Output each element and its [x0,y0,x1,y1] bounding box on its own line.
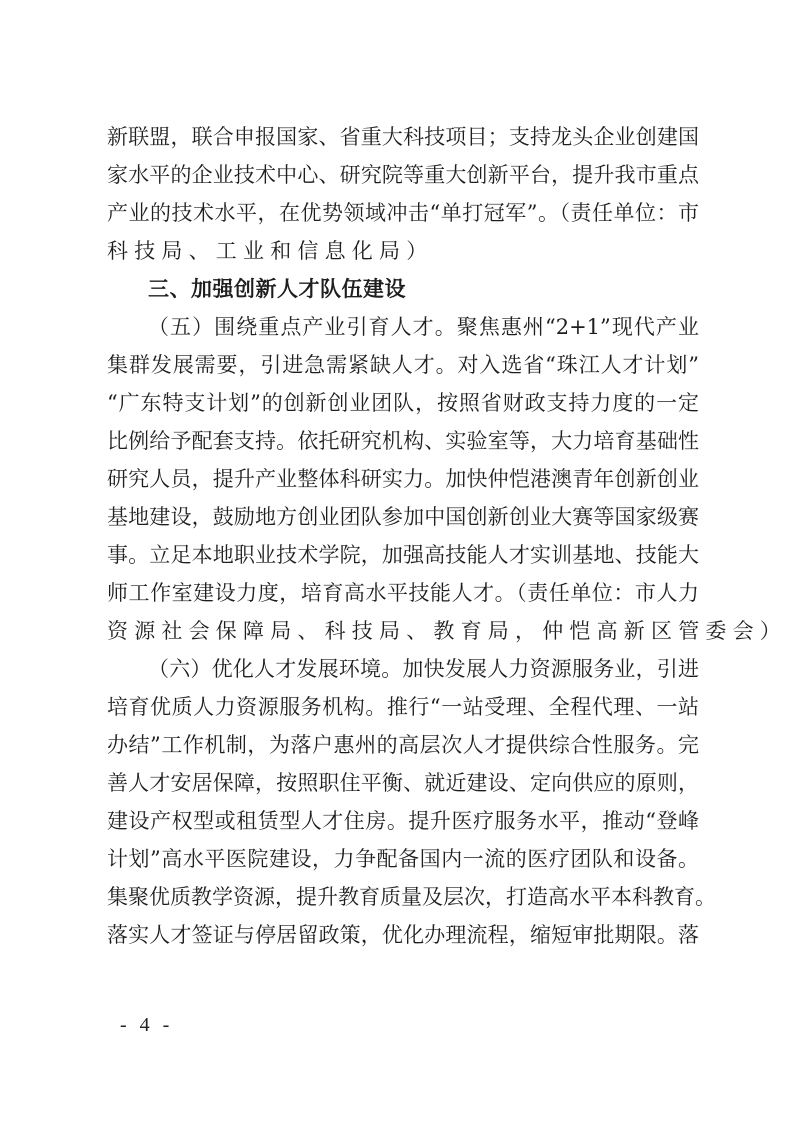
paragraph-line: 新联盟，联合申报国家、省重大科技项目；支持龙头企业创建国 [107,118,699,156]
paragraph-line: 计划”高水平医院建设，力争配备国内一流的医疗团队和设备。 [107,840,699,878]
paragraph-line: 落实人才签证与停居留政策，优化办理流程，缩短审批期限。落 [107,916,699,954]
paragraph-line: 集聚优质教学资源，提升教育质量及层次，打造高水平本科教育。 [107,878,699,916]
paragraph-line: 家水平的企业技术中心、研究院等重大创新平台，提升我市重点 [107,156,699,194]
paragraph-line: （六）优化人才发展环境。加快发展人力资源服务业，引进 [107,650,699,688]
paragraph-line: 基地建设，鼓励地方创业团队参加中国创新创业大赛等国家级赛 [107,498,699,536]
paragraph-line: 善人才安居保障，按照职住平衡、就近建设、定向供应的原则， [107,764,699,802]
document-page: 新联盟，联合申报国家、省重大科技项目；支持龙头企业创建国 家水平的企业技术中心、… [0,0,794,1123]
paragraph-line: “广东特支计划”的创新创业团队，按照省财政支持力度的一定 [107,384,699,422]
paragraph-line: 产业的技术水平，在优势领域冲击“单打冠军”。（责任单位：市 [107,194,699,232]
paragraph-line: 培育优质人力资源服务机构。推行“一站受理、全程代理、一站 [107,688,699,726]
paragraph-line: 资源社会保障局、科技局、教育局，仲恺高新区管委会） [107,612,699,650]
body-text: 新联盟，联合申报国家、省重大科技项目；支持龙头企业创建国 家水平的企业技术中心、… [107,118,699,954]
paragraph-line: 师工作室建设力度，培育高水平技能人才。（责任单位：市人力 [107,574,699,612]
paragraph-line: 科技局、工业和信息化局） [107,232,699,270]
paragraph-line: 研究人员，提升产业整体科研实力。加快仲恺港澳青年创新创业 [107,460,699,498]
page-number: - 4 - [120,1014,173,1037]
paragraph-line: 集群发展需要，引进急需紧缺人才。对入选省“珠江人才计划” [107,346,699,384]
paragraph-line: 办结”工作机制，为落户惠州的高层次人才提供综合性服务。完 [107,726,699,764]
paragraph-line: 事。立足本地职业技术学院，加强高技能人才实训基地、技能大 [107,536,699,574]
paragraph-line: 比例给予配套支持。依托研究机构、实验室等，大力培育基础性 [107,422,699,460]
section-heading: 三、加强创新人才队伍建设 [107,270,699,308]
paragraph-line: 建设产权型或租赁型人才住房。提升医疗服务水平，推动“登峰 [107,802,699,840]
paragraph-line: （五）围绕重点产业引育人才。聚焦惠州“2+1”现代产业 [107,308,699,346]
